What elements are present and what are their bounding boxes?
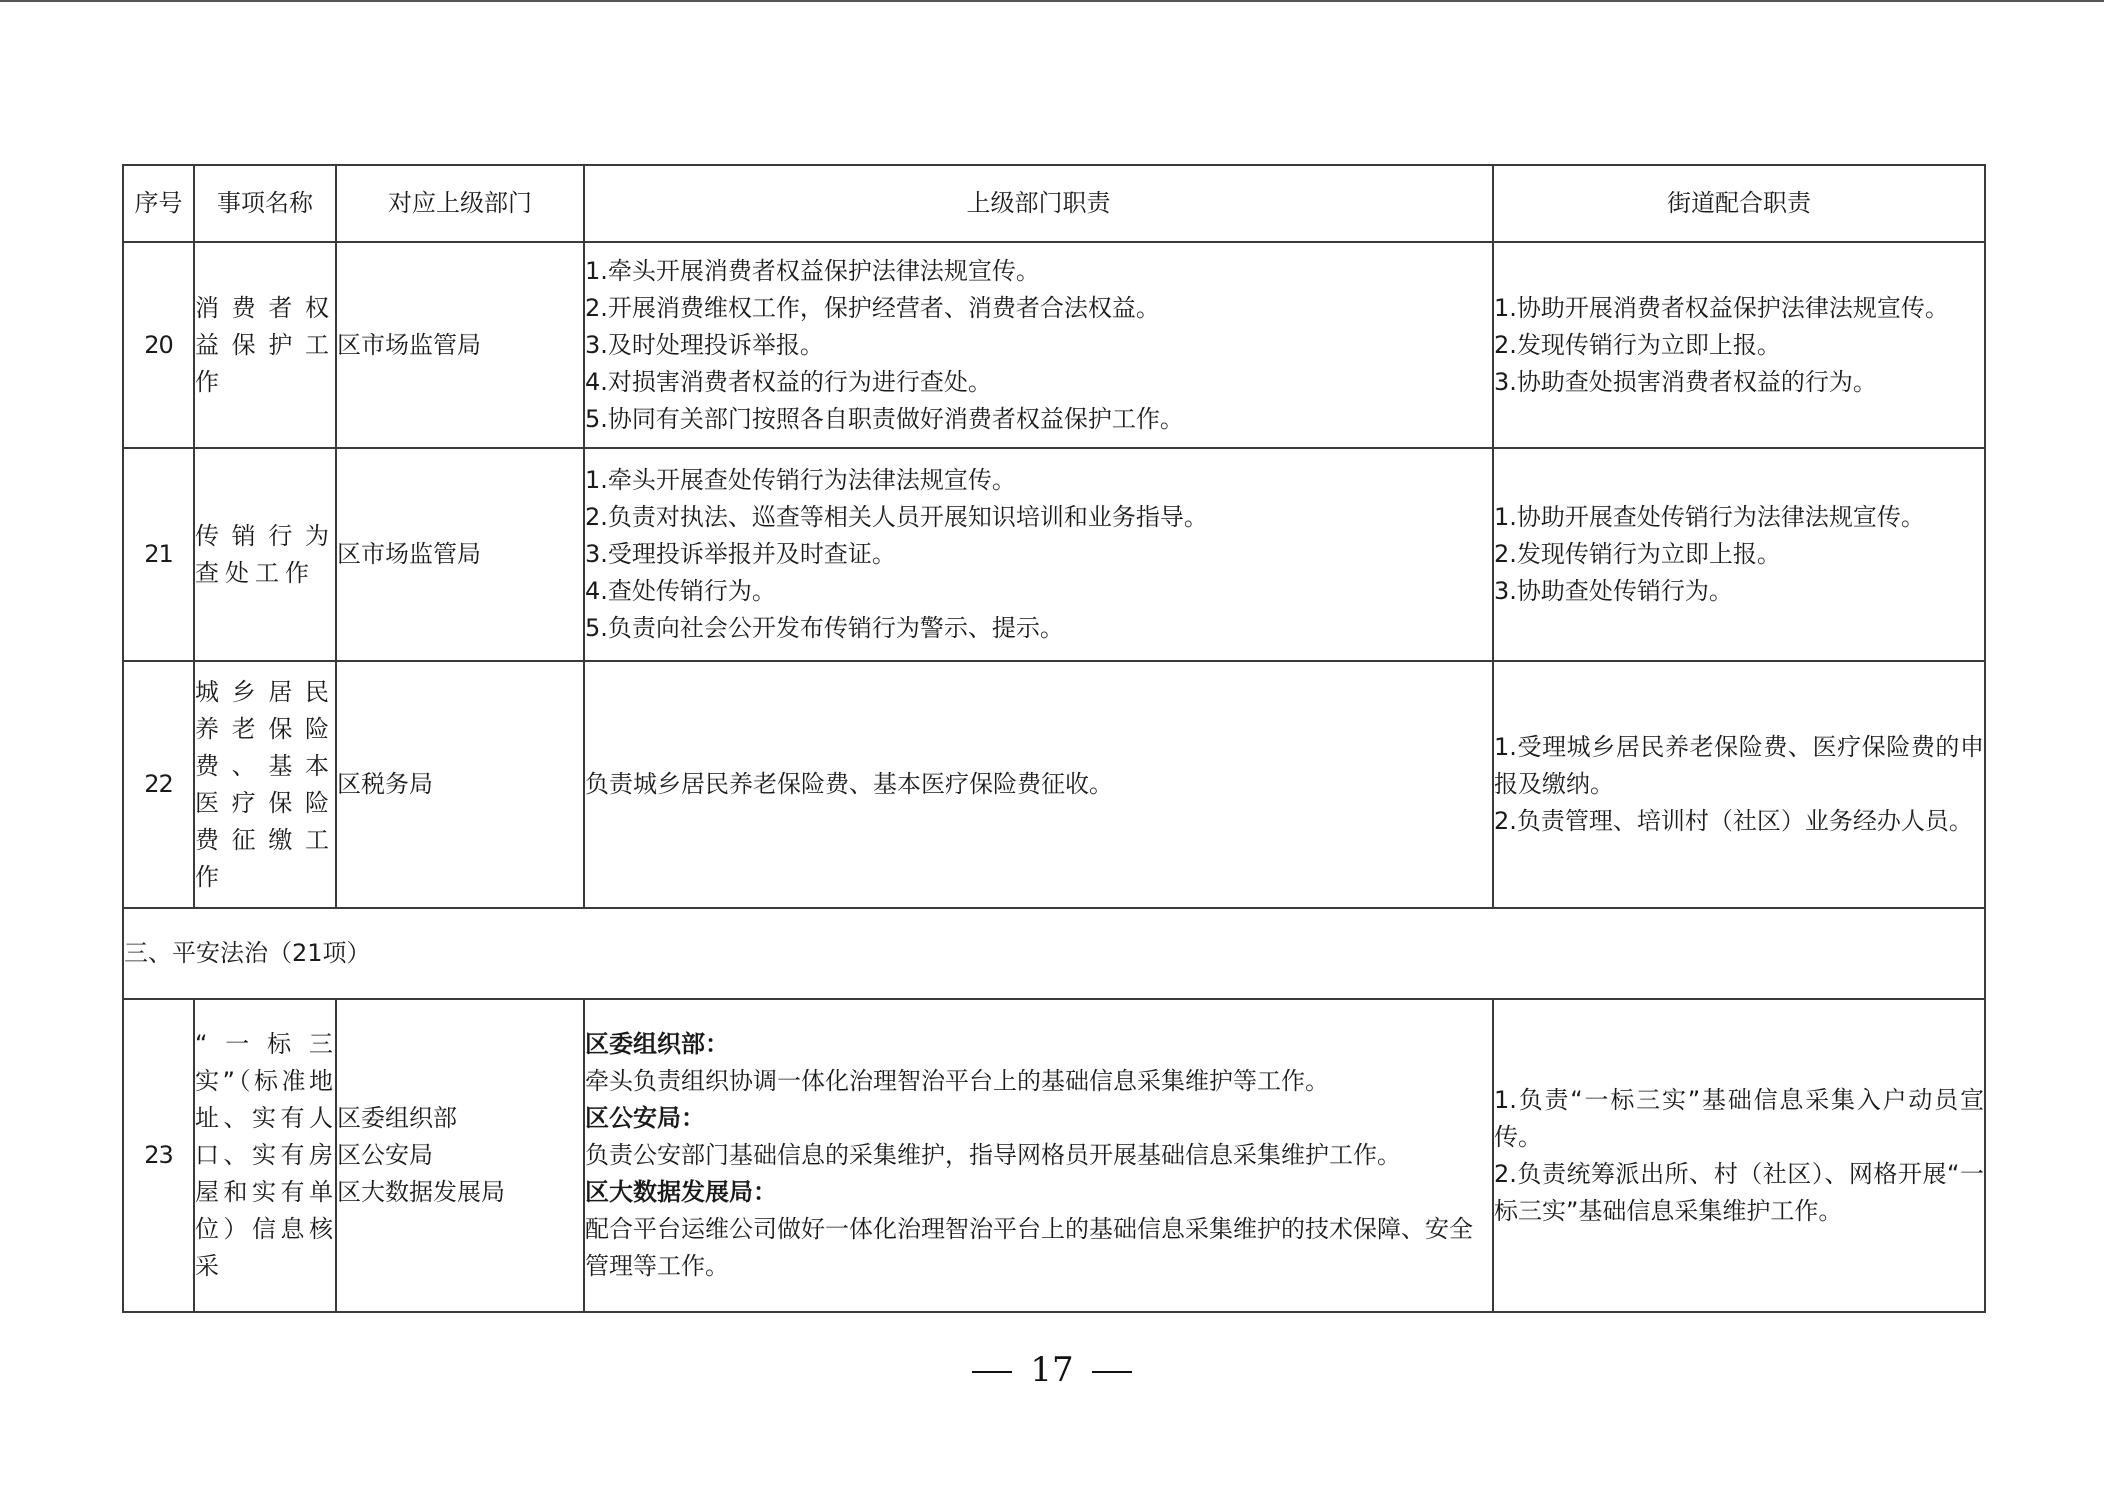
duty-line: 牵头负责组织协调一体化治理智治平台上的基础信息采集维护等工作。: [585, 1063, 1492, 1100]
upper-duty: 负责城乡居民养老保险费、基本医疗保险费征收。: [584, 661, 1493, 908]
dept-line: 区大数据发展局: [337, 1174, 583, 1211]
duty-line: 2.发现传销行为立即上报。: [1494, 536, 1984, 573]
row-number: 23: [123, 999, 194, 1312]
dept-line: 区市场监管局: [337, 327, 583, 364]
duty-line: 2.发现传销行为立即上报。: [1494, 327, 1984, 364]
upper-dept: 区市场监管局: [336, 242, 584, 448]
dept-line: 区税务局: [337, 766, 583, 803]
page-dash-right: [1092, 1371, 1132, 1373]
table-row: 21 传销行为查处工作 区市场监管局 1.牵头开展查处传销行为法律法规宣传。 2…: [123, 448, 1985, 661]
duty-line: 1.牵头开展查处传销行为法律法规宣传。: [585, 462, 1492, 499]
duty-table: 序号 事项名称 对应上级部门 上级部门职责 街道配合职责 20 消费者权益保护工…: [122, 164, 1986, 1313]
dept-line: 区公安局: [337, 1137, 583, 1174]
item-name: 城乡居民养老保险费、基本医疗保险费征缴工作: [194, 661, 336, 908]
duty-line: 4.对损害消费者权益的行为进行查处。: [585, 364, 1492, 401]
table-row: 23 “一标三实”（标准地址、实有人口、实有房屋和实有单位）信息核采 区委组织部…: [123, 999, 1985, 1312]
header-street-duty: 街道配合职责: [1493, 165, 1985, 242]
header-item-name: 事项名称: [194, 165, 336, 242]
table-row: 20 消费者权益保护工作 区市场监管局 1.牵头开展消费者权益保护法律法规宣传。…: [123, 242, 1985, 448]
header-no: 序号: [123, 165, 194, 242]
duty-line: 3.受理投诉举报并及时查证。: [585, 536, 1492, 573]
dept-label: 区委组织部：: [585, 1026, 1492, 1063]
upper-duty: 1.牵头开展查处传销行为法律法规宣传。 2.负责对执法、巡查等相关人员开展知识培…: [584, 448, 1493, 661]
duty-line: 4.查处传销行为。: [585, 573, 1492, 610]
section-row: 三、平安法治（21项）: [123, 908, 1985, 999]
street-duty: 1.负责“一标三实”基础信息采集入户动员宣传。 2.负责统筹派出所、村（社区）、…: [1493, 999, 1985, 1312]
page-number-value: 17: [1030, 1350, 1073, 1390]
duty-line: 3.协助查处损害消费者权益的行为。: [1494, 364, 1984, 401]
page-number: 17: [0, 1350, 2104, 1390]
duty-line: 3.及时处理投诉举报。: [585, 327, 1492, 364]
upper-dept: 区委组织部 区公安局 区大数据发展局: [336, 999, 584, 1312]
duty-line: 负责公安部门基础信息的采集维护，指导网格员开展基础信息采集维护工作。: [585, 1137, 1492, 1174]
table-row: 22 城乡居民养老保险费、基本医疗保险费征缴工作 区税务局 负责城乡居民养老保险…: [123, 661, 1985, 908]
duty-line: 配合平台运维公司做好一体化治理智治平台上的基础信息采集维护的技术保障、安全管理等…: [585, 1211, 1492, 1285]
item-name: 传销行为查处工作: [194, 448, 336, 661]
duty-line: 3.协助查处传销行为。: [1494, 573, 1984, 610]
header-upper-duty: 上级部门职责: [584, 165, 1493, 242]
street-duty: 1.协助开展查处传销行为法律法规宣传。 2.发现传销行为立即上报。 3.协助查处…: [1493, 448, 1985, 661]
page-dash-left: [972, 1371, 1012, 1373]
duty-line: 5.协同有关部门按照各自职责做好消费者权益保护工作。: [585, 401, 1492, 438]
section-heading: 三、平安法治（21项）: [123, 908, 1985, 999]
upper-dept: 区税务局: [336, 661, 584, 908]
top-edge-rule: [0, 0, 2104, 2]
duty-line: 1.牵头开展消费者权益保护法律法规宣传。: [585, 253, 1492, 290]
upper-duty: 区委组织部： 牵头负责组织协调一体化治理智治平台上的基础信息采集维护等工作。 区…: [584, 999, 1493, 1312]
item-name: 消费者权益保护工作: [194, 242, 336, 448]
duty-line: 2.负责管理、培训村（社区）业务经办人员。: [1494, 803, 1984, 840]
row-number: 21: [123, 448, 194, 661]
header-upper-dept: 对应上级部门: [336, 165, 584, 242]
dept-label: 区公安局：: [585, 1100, 1492, 1137]
dept-label: 区大数据发展局：: [585, 1174, 1492, 1211]
row-number: 20: [123, 242, 194, 448]
duty-line: 1.协助开展查处传销行为法律法规宣传。: [1494, 499, 1984, 536]
duty-line: 负责城乡居民养老保险费、基本医疗保险费征收。: [585, 766, 1492, 803]
dept-line: 区委组织部: [337, 1100, 583, 1137]
street-duty: 1.受理城乡居民养老保险费、医疗保险费的申报及缴纳。 2.负责管理、培训村（社区…: [1493, 661, 1985, 908]
duty-line: 1.协助开展消费者权益保护法律法规宣传。: [1494, 290, 1984, 327]
duty-line: 1.负责“一标三实”基础信息采集入户动员宣传。: [1494, 1082, 1984, 1156]
upper-dept: 区市场监管局: [336, 448, 584, 661]
dept-line: 区市场监管局: [337, 536, 583, 573]
upper-duty: 1.牵头开展消费者权益保护法律法规宣传。 2.开展消费维权工作，保护经营者、消费…: [584, 242, 1493, 448]
table-header-row: 序号 事项名称 对应上级部门 上级部门职责 街道配合职责: [123, 165, 1985, 242]
duty-line: 1.受理城乡居民养老保险费、医疗保险费的申报及缴纳。: [1494, 729, 1984, 803]
duty-line: 2.开展消费维权工作，保护经营者、消费者合法权益。: [585, 290, 1492, 327]
duty-line: 2.负责对执法、巡查等相关人员开展知识培训和业务指导。: [585, 499, 1492, 536]
item-name: “一标三实”（标准地址、实有人口、实有房屋和实有单位）信息核采: [194, 999, 336, 1312]
duty-line: 2.负责统筹派出所、村（社区）、网格开展“一标三实”基础信息采集维护工作。: [1494, 1156, 1984, 1230]
duty-line: 5.负责向社会公开发布传销行为警示、提示。: [585, 610, 1492, 647]
street-duty: 1.协助开展消费者权益保护法律法规宣传。 2.发现传销行为立即上报。 3.协助查…: [1493, 242, 1985, 448]
row-number: 22: [123, 661, 194, 908]
